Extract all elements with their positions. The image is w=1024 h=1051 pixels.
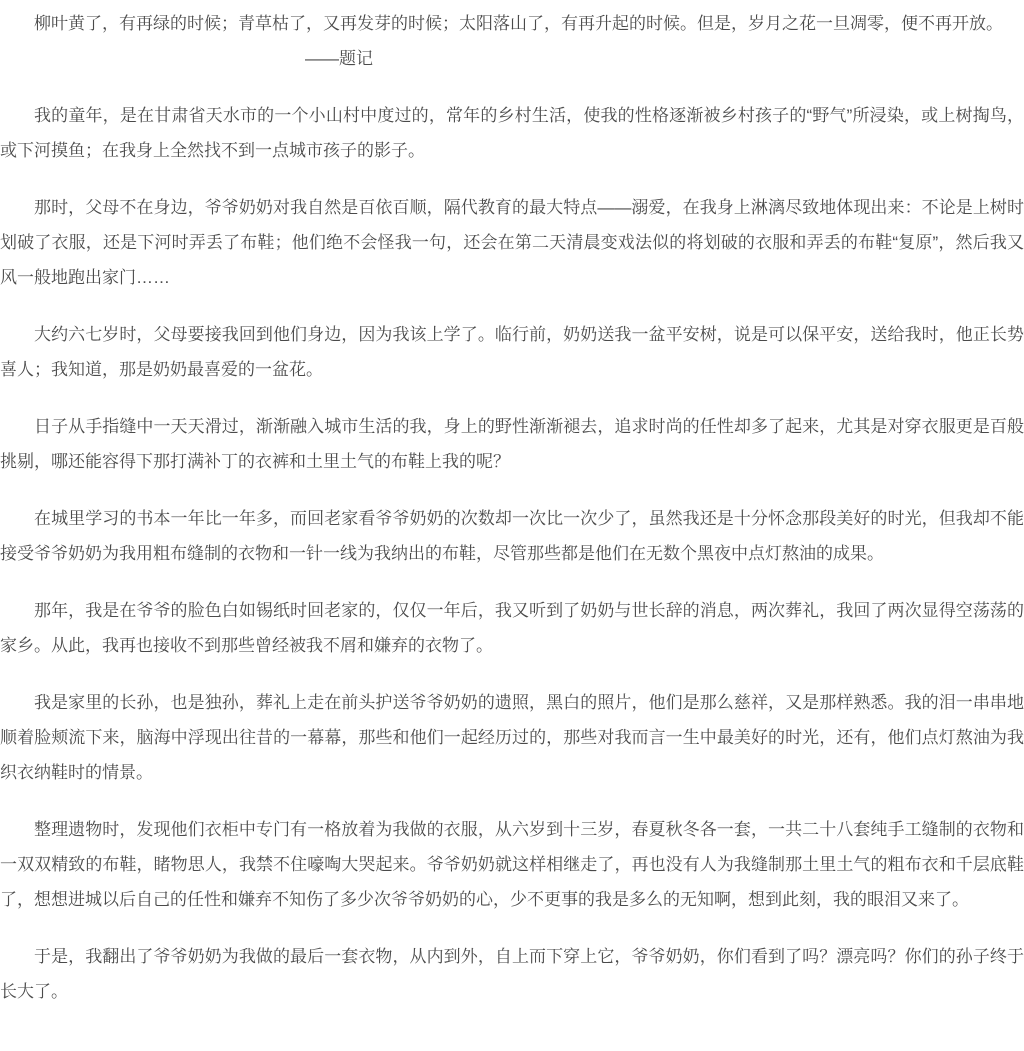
essay-paragraph: 日子从手指缝中一天天滑过，渐渐融入城市生活的我，身上的野性渐渐褪去，追求时尚的任… <box>0 409 1024 479</box>
essay-paragraph: 大约六七岁时，父母要接我回到他们身边，因为我该上学了。临行前，奶奶送我一盆平安树… <box>0 317 1024 387</box>
document-page: 柳叶黄了，有再绿的时候；青草枯了，又再发芽的时候；太阳落山了，有再升起的时候。但… <box>0 0 1024 1051</box>
essay-paragraph: 我的童年，是在甘肃省天水市的一个小山村中度过的，常年的乡村生活，使我的性格逐渐被… <box>0 98 1024 168</box>
essay-paragraph: 在城里学习的书本一年比一年多，而回老家看爷爷奶奶的次数却一次比一次少了，虽然我还… <box>0 501 1024 571</box>
essay-paragraph: 那年，我是在爷爷的脸色白如锡纸时回老家的，仅仅一年后，我又听到了奶奶与世长辞的消… <box>0 593 1024 663</box>
essay-paragraph: 整理遗物时，发现他们衣柜中专门有一格放着为我做的衣服，从六岁到十三岁，春夏秋冬各… <box>0 812 1024 917</box>
epigraph-attribution: ——题记 <box>0 41 1024 76</box>
essay-paragraph: 于是，我翻出了爷爷奶奶为我做的最后一套衣物，从内到外，自上而下穿上它，爷爷奶奶，… <box>0 939 1024 1009</box>
epigraph-quote: 柳叶黄了，有再绿的时候；青草枯了，又再发芽的时候；太阳落山了，有再升起的时候。但… <box>0 6 1024 41</box>
essay-paragraph: 那时，父母不在身边，爷爷奶奶对我自然是百依百顺，隔代教育的最大特点——溺爱，在我… <box>0 190 1024 295</box>
essay-paragraph: 我是家里的长孙，也是独孙，葬礼上走在前头护送爷爷奶奶的遗照，黑白的照片，他们是那… <box>0 685 1024 790</box>
